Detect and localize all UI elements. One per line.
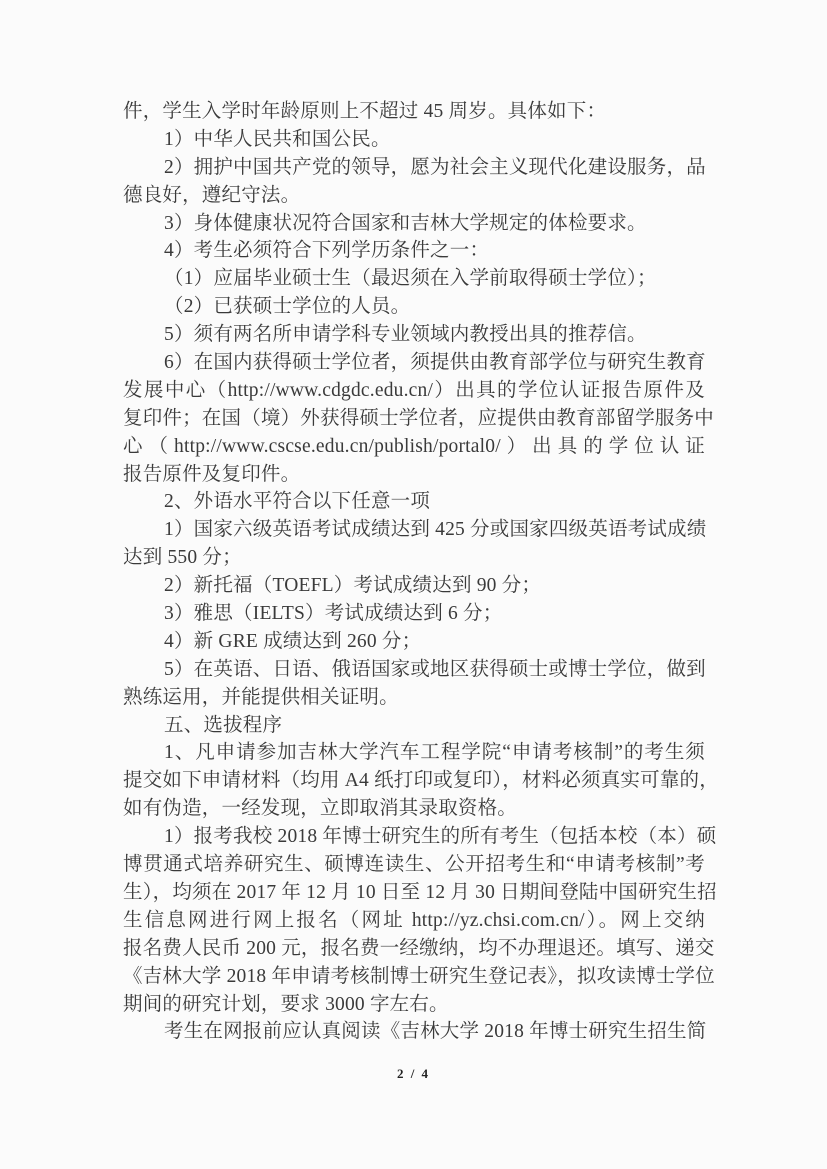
text-line: 如有伪造，一经发现，立即取消其录取资格。	[123, 795, 705, 823]
text-line: 2）新托福（TOEFL）考试成绩达到 90 分；	[123, 572, 705, 600]
text-line: 6）在国内获得硕士学位者，须提供由教育部学位与研究生教育	[123, 349, 705, 377]
document-body: 件，学生入学时年龄原则上不超过 45 周岁。具体如下：1）中华人民共和国公民。2…	[123, 98, 705, 1046]
text-line: 生），均须在 2017 年 12 月 10 日至 12 月 30 日期间登陆中国…	[123, 879, 705, 907]
text-line: 5）在英语、日语、俄语国家或地区获得硕士或博士学位，做到	[123, 656, 705, 684]
page-number: 2 / 4	[0, 1066, 827, 1082]
text-line: 件，学生入学时年龄原则上不超过 45 周岁。具体如下：	[123, 98, 705, 126]
text-line: 3）身体健康状况符合国家和吉林大学规定的体检要求。	[123, 210, 705, 238]
document-page: 件，学生入学时年龄原则上不超过 45 周岁。具体如下：1）中华人民共和国公民。2…	[0, 0, 827, 1169]
text-line: 2）拥护中国共产党的领导，愿为社会主义现代化建设服务，品	[123, 154, 705, 182]
text-line: 2、外语水平符合以下任意一项	[123, 488, 705, 516]
text-line: 熟练运用，并能提供相关证明。	[123, 684, 705, 712]
text-line: 考生在网报前应认真阅读《吉林大学 2018 年博士研究生招生简	[123, 1018, 705, 1046]
text-line: （1）应届毕业硕士生（最迟须在入学前取得硕士学位）；	[123, 265, 705, 293]
text-line: 发展中心（http://www.cdgdc.edu.cn/）出具的学位认证报告原…	[123, 377, 705, 405]
text-line: 五、选拔程序	[123, 712, 705, 740]
text-line: 博贯通式培养研究生、硕博连读生、公开招考生和“申请考核制”考	[123, 851, 705, 879]
text-line: 5）须有两名所申请学科专业领域内教授出具的推荐信。	[123, 321, 705, 349]
text-line: 提交如下申请材料（均用 A4 纸打印或复印），材料必须真实可靠的，	[123, 767, 705, 795]
text-line: 达到 550 分；	[123, 544, 705, 572]
text-line: 3）雅思（IELTS）考试成绩达到 6 分；	[123, 600, 705, 628]
text-line: 1）中华人民共和国公民。	[123, 126, 705, 154]
text-line: 报名费人民币 200 元，报名费一经缴纳，均不办理退还。填写、递交	[123, 935, 705, 963]
text-line: 4）新 GRE 成绩达到 260 分；	[123, 628, 705, 656]
text-line: 报告原件及复印件。	[123, 461, 705, 489]
text-line: 1、凡申请参加吉林大学汽车工程学院“申请考核制”的考生须	[123, 739, 705, 767]
text-line: 4）考生必须符合下列学历条件之一：	[123, 237, 705, 265]
text-line: 生信息网进行网上报名（网址 http://yz.chsi.com.cn/）。网上…	[123, 907, 705, 935]
text-line: 1）国家六级英语考试成绩达到 425 分或国家四级英语考试成绩	[123, 516, 705, 544]
text-line: 心（http://www.cscse.edu.cn/publish/portal…	[123, 433, 705, 461]
text-line: 《吉林大学 2018 年申请考核制博士研究生登记表》，拟攻读博士学位	[123, 963, 705, 991]
text-line: 德良好，遵纪守法。	[123, 182, 705, 210]
text-line: （2）已获硕士学位的人员。	[123, 293, 705, 321]
text-line: 1）报考我校 2018 年博士研究生的所有考生（包括本校（本）硕	[123, 823, 705, 851]
text-line: 复印件；在国（境）外获得硕士学位者，应提供由教育部留学服务中	[123, 405, 705, 433]
text-line: 期间的研究计划，要求 3000 字左右。	[123, 991, 705, 1019]
